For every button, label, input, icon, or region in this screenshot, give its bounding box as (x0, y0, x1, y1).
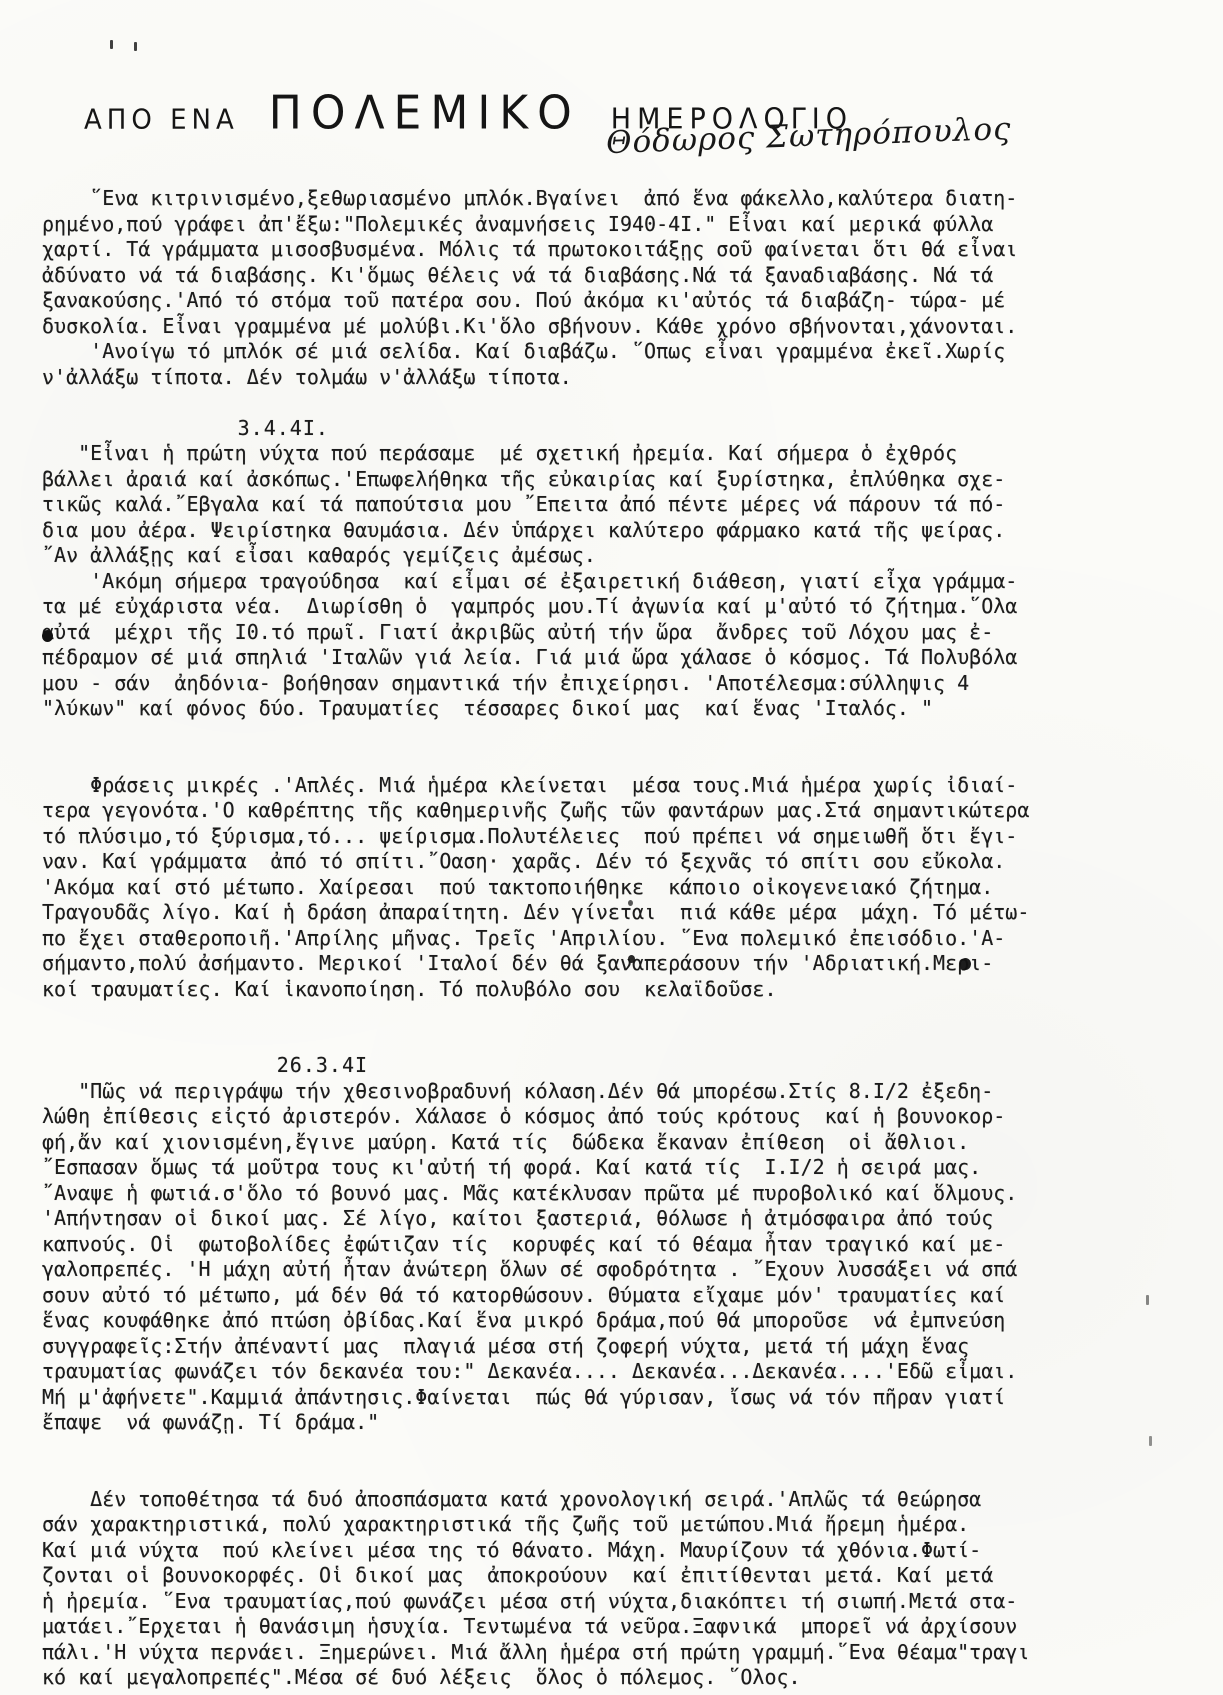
text-line: ἕνας κουφάθηκε ἀπό πτώση ὀβίδας.Καί ἕνα … (42, 1308, 1193, 1334)
text-line: συγγραφεῖς:Στήν ἀπέναντί μας πλαγιά μέσα… (42, 1334, 1193, 1360)
text-line (42, 1461, 1193, 1487)
text-line: Καί μιά νύχτα πού κλείνει μέσα της τό θά… (42, 1538, 1193, 1564)
text-line: γαλοπρεπές. 'Η μάχη αὐτή ἦταν ἀνώτερη ὅλ… (42, 1257, 1193, 1283)
text-line: χαρτί. Τά γράμματα μισοσβυσμένα. Μόλις τ… (42, 237, 1193, 263)
text-line (42, 1028, 1193, 1054)
text-line: σήμαντο,πολύ ἀσήμαντο. Μερικοί 'Ιταλοί δ… (42, 951, 1193, 977)
date-heading: 3.4.4Ι. (42, 416, 1193, 442)
text-line: τερα γεγονότα.'Ο καθρέπτης τῆς καθημεριν… (42, 798, 1193, 824)
text-line: ῎Αναψε ἡ φωτιά.σ'ὅλο τό βουνό μας. Μᾶς κ… (42, 1181, 1193, 1207)
title-main: ΠΟΛΕΜΙΚΟ (269, 87, 581, 141)
text-line: δια μου ἀέρα. Ψειρίστηκα θαυμάσια. Δέν ὑ… (42, 518, 1193, 544)
text-line: ν'ἀλλάξω τίποτα. Δέν τολμάω ν'ἀλλάξω τίπ… (42, 365, 1193, 391)
scan-speck (42, 630, 53, 642)
text-line: "Πῶς νά περιγράψω τήν χθεσινοβραδυνή κόλ… (42, 1079, 1193, 1105)
document-page: ΑΠΟ ΕΝΑ ΠΟΛΕΜΙΚΟ ΗΜΕΡΟΛΟΓΙΟ Θόδωρος Σωτη… (0, 0, 1223, 1695)
text-line: ρημένο,πού γράφει ἀπ'ἔξω:"Πολεμικές ἀναμ… (42, 212, 1193, 238)
text-line: ῎Εσπασαν ὅμως τά μοῦτρα τους κι'αὐτή τή … (42, 1155, 1193, 1181)
text-line: τό πλύσιμο,τό ξύρισμα,τό... ψείρισμα.Πολ… (42, 824, 1193, 850)
text-line: αὐτά μέχρι τῆς Ι0.τό πρωῖ. Γιατί ἀκριβῶς… (42, 620, 1193, 646)
text-line: δυσκολία. Εἶναι γραμμένα μέ μολύβι.Κι'ὅλ… (42, 314, 1193, 340)
text-line (42, 1436, 1193, 1462)
text-line: 'Απήντησαν οἱ δικοί μας. Σέ λίγο, καίτοι… (42, 1206, 1193, 1232)
text-line: ἔπαψε νά φωνάζῃ. Τί δράμα." (42, 1410, 1193, 1436)
text-line: 'Ακόμα καί στό μέτωπο. Χαίρεσαι πού τακτ… (42, 875, 1193, 901)
scan-speck (1149, 1436, 1152, 1446)
text-line (42, 390, 1193, 416)
scan-speck (960, 958, 971, 970)
text-line: 'Ακόμη σήμερα τραγούδησα καί εἶμαι σέ ἐξ… (42, 569, 1193, 595)
text-line: πο ἔχει σταθεροποιῆ.'Απρίλης μῆνας. Τρεῖ… (42, 926, 1193, 952)
text-line: ναν. Καί γράμματα ἀπό τό σπίτι.῎Οαση· χα… (42, 849, 1193, 875)
text-line (42, 747, 1193, 773)
text-line: φή,ἄν καί χιονισμένη,ἔγινε μαύρη. Κατά τ… (42, 1130, 1193, 1156)
text-line: ῎Αν ἀλλάξῃς καί εἶσαι καθαρός γεμίζεις ἀ… (42, 543, 1193, 569)
scan-speck (1146, 1295, 1149, 1305)
text-line: λώθη ἐπίθεσις εἰςτό ἀριστερόν. Χάλασε ὁ … (42, 1104, 1193, 1130)
text-line: ῞Ενα κιτρινισμένο,ξεθωριασμένο μπλόκ.Βγα… (42, 186, 1193, 212)
text-line: ξανακούσης.'Από τό στόμα τοῦ πατέρα σου.… (42, 288, 1193, 314)
text-line: ἀδύνατο νά τά διαβάσης. Κι'ὅμως θέλεις ν… (42, 263, 1193, 289)
text-line: τικῶς καλά.῎Εβγαλα καί τά παπούτσια μου … (42, 492, 1193, 518)
scan-speck (628, 955, 635, 963)
text-line: καπνούς. Οἱ φωτοβολίδες ἐφώτιζαν τίς κορ… (42, 1232, 1193, 1258)
scan-speck (110, 40, 113, 49)
text-line: μου - σάν ἀηδόνια- βοήθησαν σημαντικά τή… (42, 671, 1193, 697)
text-line: ζονται οἱ βουνοκορφές. Οἱ δικοί μας ἀποκ… (42, 1563, 1193, 1589)
text-line: βάλλει ἀραιά καί ἀσκόπως.'Επωφελήθηκα τῆ… (42, 467, 1193, 493)
text-line: σουν αὐτό τό μέτωπο, μά δέν θά τό κατορθ… (42, 1283, 1193, 1309)
text-line (42, 722, 1193, 748)
text-line: Τραγουδᾶς λίγο. Καί ἡ δράση ἀπαραίτητη. … (42, 900, 1193, 926)
scan-speck (628, 900, 633, 906)
title-prefix: ΑΠΟ ΕΝΑ (84, 104, 239, 136)
text-line: ἡ ἠρεμία. ῞Ενα τραυματίας,πού φωνάζει μέ… (42, 1589, 1193, 1615)
text-line: κό καί μεγαλοπρεπές".Μέσα σέ δυό λέξεις … (42, 1665, 1193, 1691)
text-line: "Εἶναι ἡ πρώτη νύχτα πού περάσαμε μέ σχε… (42, 441, 1193, 467)
text-line: "λύκων" καί φόνος δύο. Τραυματίες τέσσαρ… (42, 696, 1193, 722)
text-line: τα μέ εὐχάριστα νέα. Διωρίσθη ὁ γαμπρός … (42, 594, 1193, 620)
text-line (42, 1002, 1193, 1028)
text-line: Μή μ'ἀφήνετε".Καμμιά ἀπάντησις.Φαίνεται … (42, 1385, 1193, 1411)
body-lines: ῞Ενα κιτρινισμένο,ξεθωριασμένο μπλόκ.Βγα… (42, 186, 1193, 1691)
text-line: τραυματίας φωνάζει τόν δεκανέα του:" Δεκ… (42, 1359, 1193, 1385)
text-line: Δέν τοποθέτησα τά δυό ἀποσπάσματα κατά χ… (42, 1487, 1193, 1513)
text-line: Φράσεις μικρές .'Απλές. Μιά ἡμέρα κλείνε… (42, 773, 1193, 799)
scan-speck (134, 42, 137, 51)
text-line: πάλι.'Η νύχτα περνάει. Ξημερώνει. Μιά ἄλ… (42, 1640, 1193, 1666)
text-line: πέδραμον σέ μιά σπηλιά 'Ιταλῶν γιά λεία.… (42, 645, 1193, 671)
text-line: κοί τραυματίες. Καί ἱκανοποίηση. Τό πολυ… (42, 977, 1193, 1003)
text-line: σάν χαρακτηριστικά, πολύ χαρακτηριστικά … (42, 1512, 1193, 1538)
text-line: 'Ανοίγω τό μπλόκ σέ μιά σελίδα. Καί διαβ… (42, 339, 1193, 365)
date-heading: 26.3.4Ι (42, 1053, 1193, 1079)
text-line: ματάει.῎Ερχεται ἡ θανάσιμη ἡσυχία. Τεντω… (42, 1614, 1193, 1640)
